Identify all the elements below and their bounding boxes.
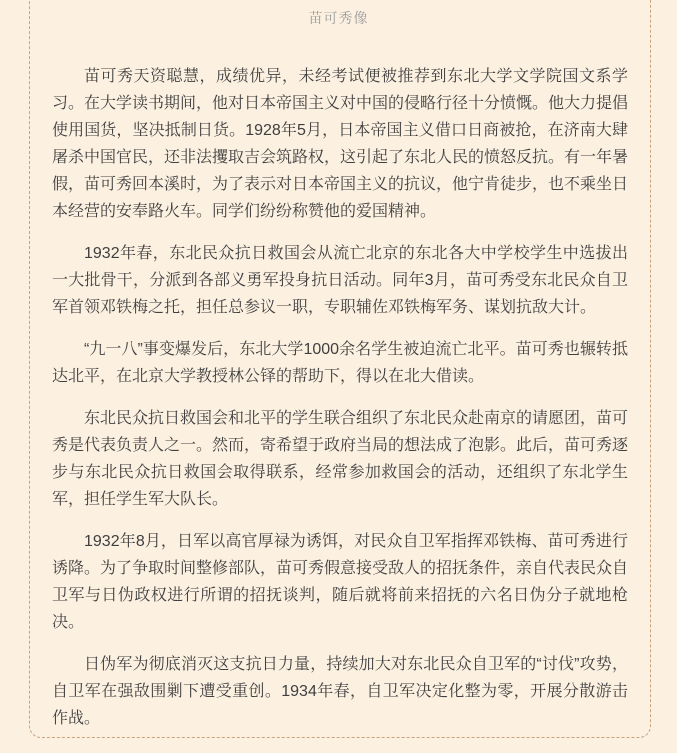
article-paragraph-6: 日伪军为彻底消灭这支抗日力量，持续加大对东北民众自卫军的“讨伐”攻势，自卫军在强… [52, 651, 628, 732]
article-paragraph-3: “九一八”事变爆发后，东北大学1000余名学生被迫流亡北平。苗可秀也辗转抵达北平… [52, 336, 628, 390]
article-paragraph-4: 东北民众抗日救国会和北平的学生联合组织了东北民众赴南京的请愿团，苗可秀是代表负责… [52, 405, 628, 513]
article-paragraph-1: 苗可秀天资聪慧，成绩优异，未经考试便被推荐到东北大学文学院国文系学习。在大学读书… [52, 63, 628, 225]
page-title: 苗可秀像 [0, 8, 677, 28]
article-paragraph-2: 1932年春，东北民众抗日救国会从流亡北京的东北各大中学校学生中选拔出一大批骨干… [52, 240, 628, 321]
article-paragraph-5: 1932年8月，日军以高官厚禄为诱饵，对民众自卫军指挥邓铁梅、苗可秀进行诱降。为… [52, 528, 628, 636]
article-box: 苗可秀天资聪慧，成绩优异，未经考试便被推荐到东北大学文学院国文系学习。在大学读书… [29, 0, 651, 738]
